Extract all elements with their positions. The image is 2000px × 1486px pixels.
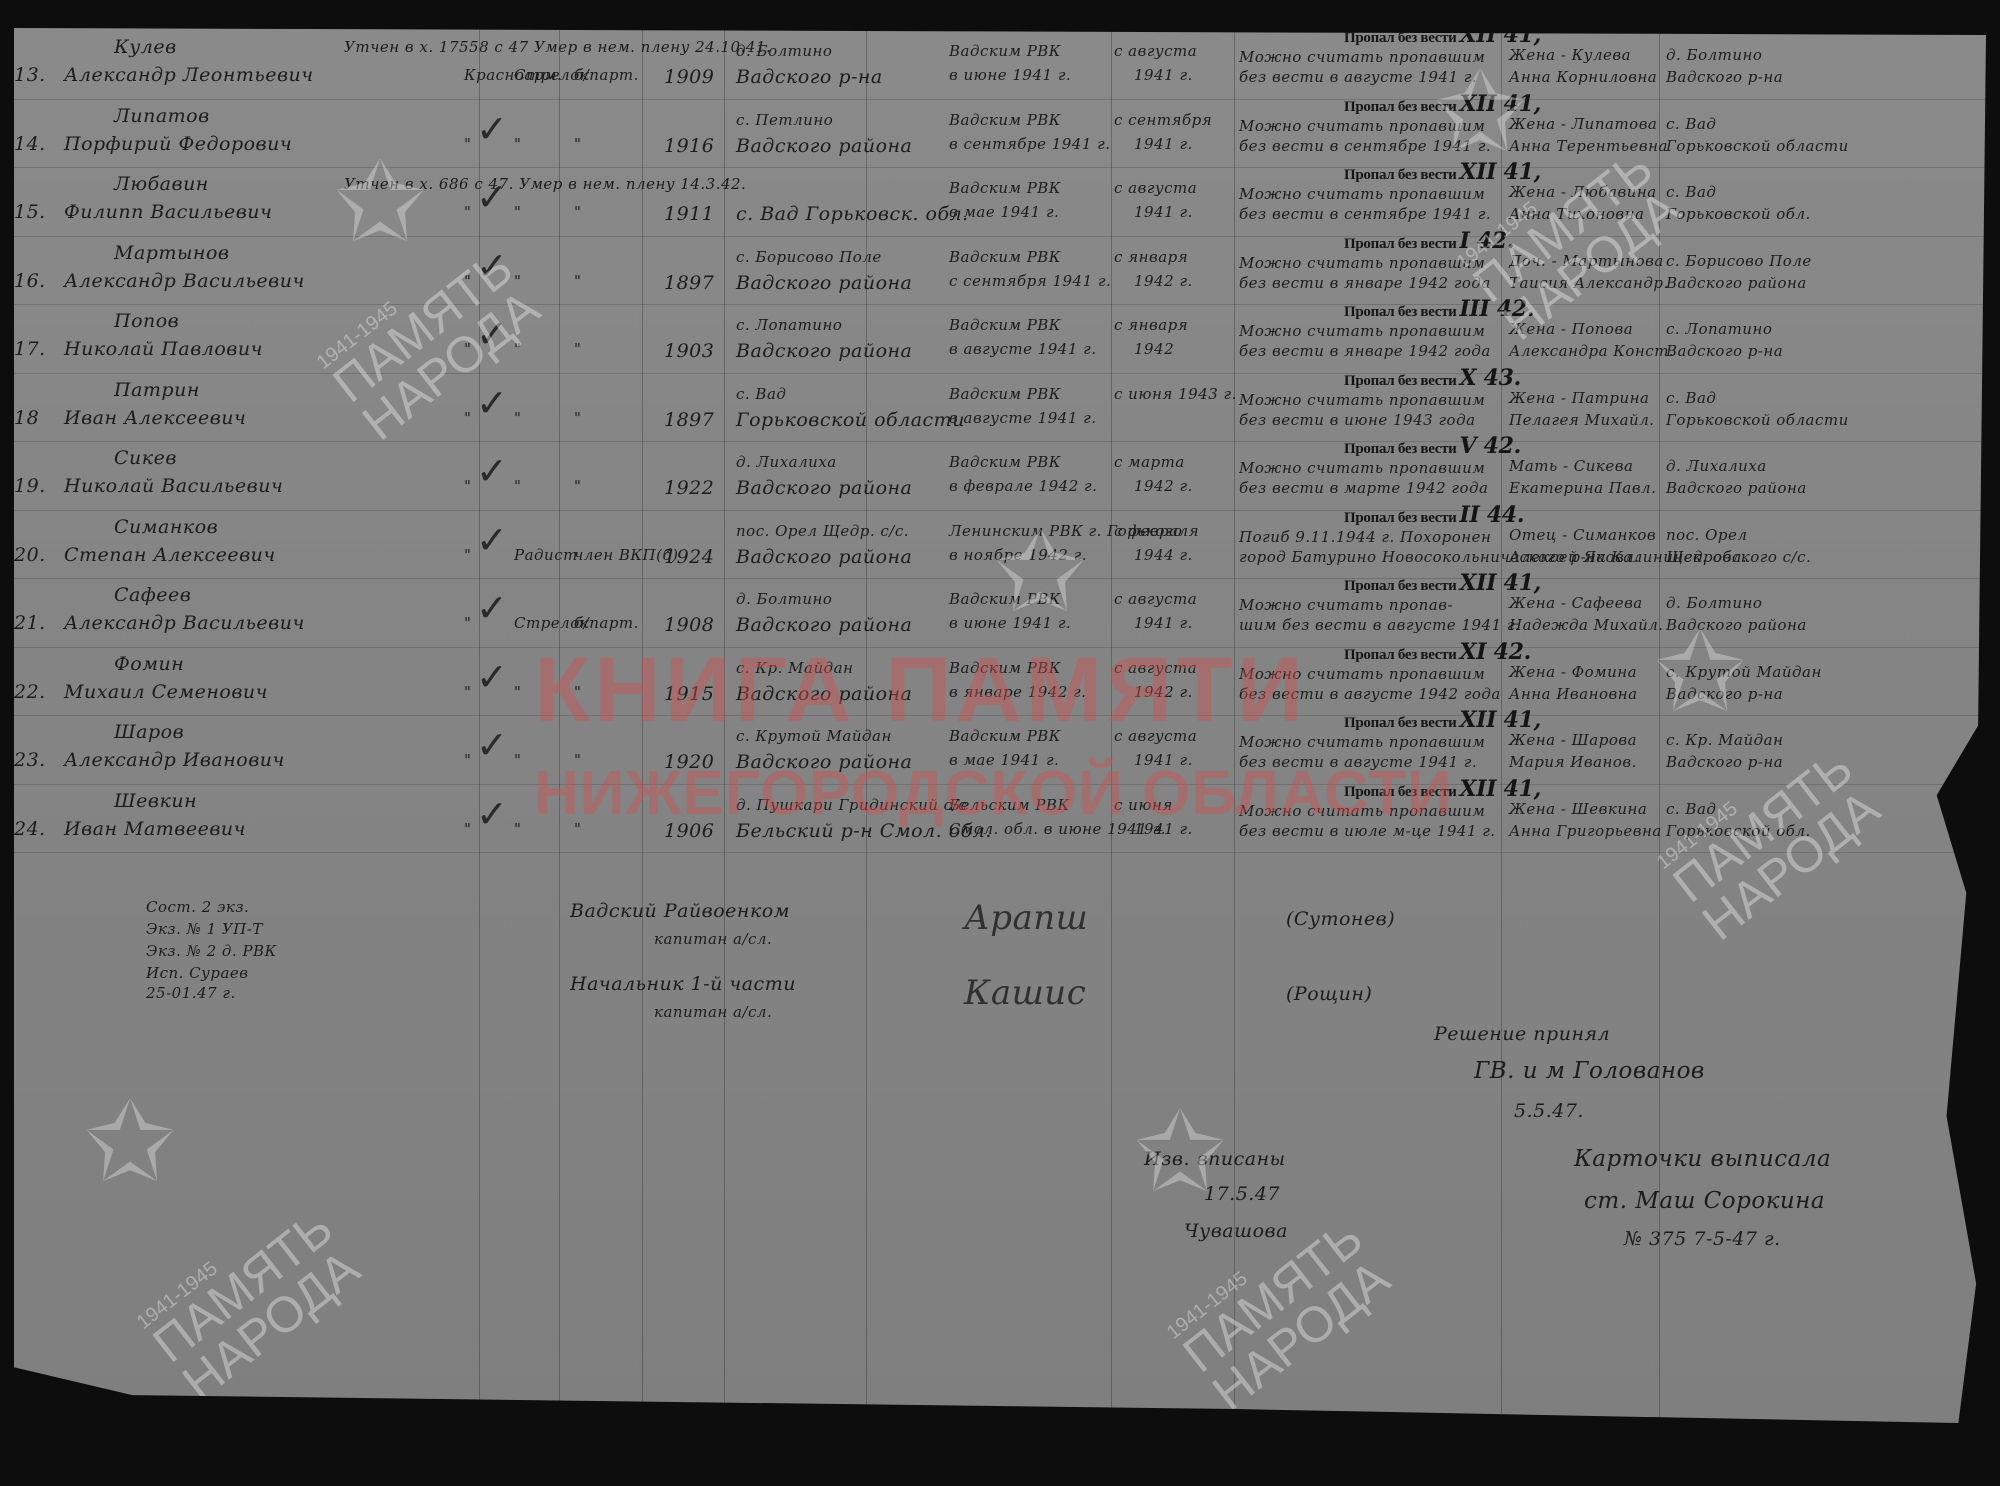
check-icon: ✓ [476,655,508,699]
birth-place: Вадского р-на [736,66,883,88]
party: " [574,272,581,290]
check-icon: ✓ [476,723,508,767]
left-unit-date: с июня 1943 г. [1114,385,1237,403]
left-unit-year: 1942 [1134,340,1174,358]
left-unit-date: с августа [1114,590,1197,608]
full-name: Николай Васильевич [64,475,283,497]
relative-address: с. Вад [1666,115,1716,133]
row-divider [14,373,1986,374]
relative-address: Вадского р-на [1666,342,1783,360]
rank: " [464,135,471,153]
full-name: Иван Матвеевич [64,818,246,840]
position: " [514,820,521,838]
relative: Жена - Шарова [1509,731,1637,749]
row-number: 23. [14,749,46,771]
copies-line: Экз. № 1 УП-Т [146,920,263,938]
left-unit-year: 1944 г. [1134,546,1193,564]
check-icon: ✓ [476,381,508,425]
birth-place: с. Борисово Поле [736,248,882,266]
reason: Можно считать пропавшим [1239,254,1485,272]
full-name: Александр Васильевич [64,270,305,292]
party: " [574,409,581,427]
row-number: 15. [14,201,46,223]
rank: " [464,820,471,838]
surname: Любавин [114,173,209,195]
signature-scribble-2: Кашис [964,973,1086,1013]
full-name: Александр Васильевич [64,612,305,634]
relative: Мать - Сикева [1509,457,1633,475]
birth-place: Вадского района [736,340,912,362]
reason: без вести в январе 1942 года [1239,274,1491,292]
row-number: 17. [14,338,46,360]
row-divider [14,99,1986,100]
rank: " [464,203,471,221]
draft-date: в сентябре 1941 г. [949,135,1111,153]
party: " [574,135,581,153]
relative: Алексей Яковл. [1509,548,1640,566]
position: " [514,135,521,153]
left-unit-year: 1941 г. [1134,135,1193,153]
signature-title-1: Вадский Райвоенком [570,900,790,922]
surname: Патрин [114,379,200,401]
star-icon: ✩ [994,508,1086,636]
birth-year: 1897 [664,409,714,431]
captivity-note: Утчен в х. 17558 с 47 Умер в нем. плену … [344,38,771,56]
draft-date: в августе 1941 г. [949,340,1097,358]
surname: Симанков [114,516,218,538]
birth-place: с. Вад [736,385,786,403]
birth-year: 1924 [664,546,714,568]
surname: Фомин [114,653,184,675]
row-number: 24. [14,818,46,840]
rank: " [464,546,471,564]
relative-address: д. Лихалиха [1666,457,1767,475]
star-icon: ✩ [1434,48,1526,176]
full-name: Александр Леонтьевич [64,64,314,86]
copies-line: Исп. Сураев [146,964,249,982]
row-number: 20. [14,544,46,566]
relative-address: с. Борисово Поле [1666,252,1812,270]
left-unit-date: с августа [1114,179,1197,197]
left-unit-year: 1941 г. [1134,614,1193,632]
left-unit-date: с января [1114,316,1188,334]
draft-date: в августе 1941 г. [949,409,1097,427]
relative: Надежда Михайл. [1509,616,1664,634]
birth-place: Горьковской области [736,409,965,431]
birth-year: 1909 [664,66,714,88]
relative: Жена - Шевкина [1509,800,1647,818]
missing-status-stamp: Пропал без вестиXI 42. [1344,639,1531,665]
birth-year: 1897 [664,272,714,294]
watermark-red-subtitle: НИЖЕГОРОДСКОЙ ОБЛАСТИ [534,758,1453,829]
left-unit-year: 1942 г. [1134,272,1193,290]
draft-date: в июне 1941 г. [949,66,1071,84]
star-icon: ✩ [1654,608,1746,736]
relative-address: пос. Орел [1666,526,1747,544]
stamp-text: Пропал без вести [1344,304,1457,320]
relative: Жена - Липатова [1509,115,1657,133]
notice-line: Чувашова [1184,1220,1288,1242]
row-number: 19. [14,475,46,497]
birth-place: Вадского района [736,477,912,499]
surname: Кулев [114,36,177,58]
surname: Сафеев [114,584,191,606]
stamp-code: XII 41, [1460,776,1542,802]
signature-name-1: (Сутонев) [1286,908,1395,930]
relative-address: Щедровского с/с. [1666,548,1811,566]
cards-line: № 375 7-5-47 г. [1624,1228,1781,1250]
rank: " [464,477,471,495]
relative: Жена - Кулева [1509,46,1631,64]
stamp-text: Пропал без вести [1344,30,1457,46]
stamp-code: XII 41, [1460,22,1542,48]
reason: без вести в июне 1943 года [1239,411,1476,429]
relative-address: с. Лопатино [1666,320,1772,338]
stamp-text: Пропал без вести [1344,441,1457,457]
check-icon: ✓ [476,792,508,836]
full-name: Степан Алексеевич [64,544,276,566]
party: б/парт. [574,614,639,632]
reason: Можно считать пропав- [1239,596,1453,614]
birth-year: 1911 [664,203,714,225]
relative-address: Горьковской области [1666,137,1849,155]
position: " [514,683,521,701]
check-icon: ✓ [476,175,508,219]
birth-place: с. Петлино [736,111,833,129]
draft-office: Вадским РВК [949,111,1061,129]
row-number: 21. [14,612,46,634]
birth-place: Вадского района [736,135,912,157]
draft-office: Вадским РВК [949,453,1061,471]
birth-place: д. Болтино [736,42,832,60]
draft-office: Вадским РВК [949,385,1061,403]
relative-address: Вадского р-на [1666,68,1783,86]
decision-line: ГВ. и м Голованов [1474,1058,1705,1084]
birth-place: пос. Орел Щедр. с/с. [736,522,909,540]
signature-name-2: (Рощин) [1286,983,1372,1005]
check-icon: ✓ [476,518,508,562]
missing-status-stamp: Пропал без вестиXII 41, [1344,22,1541,48]
signature-title-2: Начальник 1-й части [570,973,796,995]
relative: Екатерина Павл. [1509,479,1656,497]
missing-status-stamp: Пропал без вестиXII 41, [1344,570,1541,596]
relative: Пелагея Михайл. [1509,411,1655,429]
decision-line: Решение принял [1434,1023,1610,1045]
row-divider [14,167,1986,168]
stamp-text: Пропал без вести [1344,236,1457,252]
rank: " [464,751,471,769]
relative: Анна Ивановна [1509,685,1638,703]
position: " [514,203,521,221]
birth-year: 1903 [664,340,714,362]
rank: " [464,409,471,427]
stamp-text: Пропал без вести [1344,715,1457,731]
position: Радист [514,546,578,564]
relative: Мария Иванов. [1509,753,1637,771]
reason: Можно считать пропавшим [1239,322,1485,340]
cards-line: ст. Маш Сорокина [1584,1188,1825,1214]
full-name: Филипп Васильевич [64,201,272,223]
draft-office: Вадским РВК [949,42,1061,60]
reason: Погиб 9.11.1944 г. Похоронен [1239,528,1491,546]
stamp-code: XII 41, [1460,707,1542,733]
copies-line: Сост. 2 экз. [146,898,249,916]
stamp-text: Пропал без вести [1344,373,1457,389]
full-name: Николай Павлович [64,338,263,360]
copies-line: Экз. № 2 д. РВК [146,942,277,960]
relative: Анна Корниловна [1509,68,1657,86]
relative-address: д. Болтино [1666,46,1762,64]
stamp-text: Пропал без вести [1344,578,1457,594]
surname: Шевкин [114,790,197,812]
draft-date: в феврале 1942 г. [949,477,1097,495]
missing-status-stamp: Пропал без вестиII 44. [1344,502,1524,528]
birth-year: 1922 [664,477,714,499]
relative: Жена - Патрина [1509,389,1650,407]
surname: Мартынов [114,242,229,264]
check-icon: ✓ [476,107,508,151]
signature-rank-1: капитан а/сл. [654,930,772,948]
stamp-code: XI 42. [1460,639,1532,665]
reason: Можно считать пропавшим [1239,391,1485,409]
check-icon: ✓ [476,586,508,630]
position: " [514,409,521,427]
watermark-pamyat-naroda: 1941-1945 ПАМЯТЬ НАРОДА [134,1188,370,1407]
left-unit-date: с сентября [1114,111,1212,129]
stamp-code: X 43. [1460,365,1522,391]
full-name: Александр Иванович [64,749,285,771]
birth-place: д. Лихалиха [736,453,837,471]
relative: Жена - Сафеева [1509,594,1643,612]
check-icon: ✓ [476,449,508,493]
position: " [514,751,521,769]
reason: Можно считать пропавшим [1239,459,1485,477]
row-number: 16. [14,270,46,292]
missing-status-stamp: Пропал без вестиX 43. [1344,365,1521,391]
signature-scribble-1: Арапш [964,898,1088,938]
draft-date: в мае 1941 г. [949,203,1059,221]
reason: без вести в январе 1942 года [1239,342,1491,360]
decision-date: 5.5.47. [1514,1100,1584,1122]
stamp-code: XII 41, [1460,570,1542,596]
stamp-code: V 42. [1460,433,1522,459]
star-icon: ✩ [334,138,426,266]
row-number: 14. [14,133,46,155]
draft-office: Вадским РВК [949,248,1061,266]
rank: " [464,614,471,632]
relative-address: Горьковской области [1666,411,1849,429]
relative-address: Вадского р-на [1666,753,1783,771]
stamp-text: Пропал без вести [1344,510,1457,526]
left-unit-date: с марта [1114,453,1185,471]
copies-line: 25-01.47 г. [146,984,236,1002]
surname: Липатов [114,105,210,127]
left-unit-date: с января [1114,248,1188,266]
birth-place: с. Вад Горьковск. обл. [736,203,969,225]
birth-place: Вадского района [736,614,912,636]
draft-office: Вадским РВК [949,316,1061,334]
cards-line: Карточки выписала [1574,1146,1831,1172]
document-sheet: Кулев13.Александр ЛеонтьевичУтчен в х. 1… [14,28,1986,1423]
surname: Шаров [114,721,184,743]
reason: шим без вести в августе 1941 г. [1239,616,1520,634]
relative-address: Вадского района [1666,479,1807,497]
row-divider [14,236,1986,237]
row-number: 13. [14,64,46,86]
left-unit-date: с февраля [1114,522,1199,540]
draft-date: с сентября 1941 г. [949,272,1111,290]
row-divider [14,441,1986,442]
draft-office: Вадским РВК [949,179,1061,197]
party: " [574,340,581,358]
watermark-red-title: КНИГА ПАМЯТИ [534,638,1307,743]
party: " [574,477,581,495]
birth-place: д. Болтино [736,590,832,608]
relative: Отец - Симанков [1509,526,1656,544]
surname: Попов [114,310,179,332]
reason: без вести в марте 1942 года [1239,479,1489,497]
surname: Сикев [114,447,177,469]
missing-status-stamp: Пропал без вестиV 42. [1344,433,1521,459]
left-unit-year: 1942 г. [1134,477,1193,495]
reason: без вести в сентябре 1941 г. [1239,205,1491,223]
relative: Анна Григорьевна [1509,822,1662,840]
birth-place: Вадского района [736,272,912,294]
birth-year: 1916 [664,135,714,157]
party: б/парт. [574,66,639,84]
row-divider [14,304,1986,305]
row-number: 22. [14,681,46,703]
relative: Жена - Фомина [1509,663,1637,681]
stamp-code: II 44. [1460,502,1525,528]
star-icon: ✩ [1134,1088,1226,1216]
missing-status-stamp: Пропал без вестиXII 41, [1344,707,1541,733]
star-icon: ✩ [84,1078,176,1206]
birth-place: с. Лопатино [736,316,842,334]
left-unit-date: с августа [1114,42,1197,60]
left-unit-year: 1941 г. [1134,203,1193,221]
relative-address: Вадского района [1666,274,1807,292]
row-number: 18 [14,407,39,429]
full-name: Михаил Семенович [64,681,268,703]
relative-address: с. Вад [1666,389,1716,407]
party: член ВКП(б) [574,546,678,564]
birth-year: 1908 [664,614,714,636]
position: " [514,477,521,495]
full-name: Порфирий Федорович [64,133,292,155]
party: " [574,203,581,221]
stamp-text: Пропал без вести [1344,647,1457,663]
rank: " [464,683,471,701]
reason: Можно считать пропавшим [1239,185,1485,203]
full-name: Иван Алексеевич [64,407,246,429]
birth-place: Вадского района [736,546,912,568]
left-unit-year: 1941 г. [1134,66,1193,84]
signature-rank-2: капитан а/сл. [654,1003,772,1021]
